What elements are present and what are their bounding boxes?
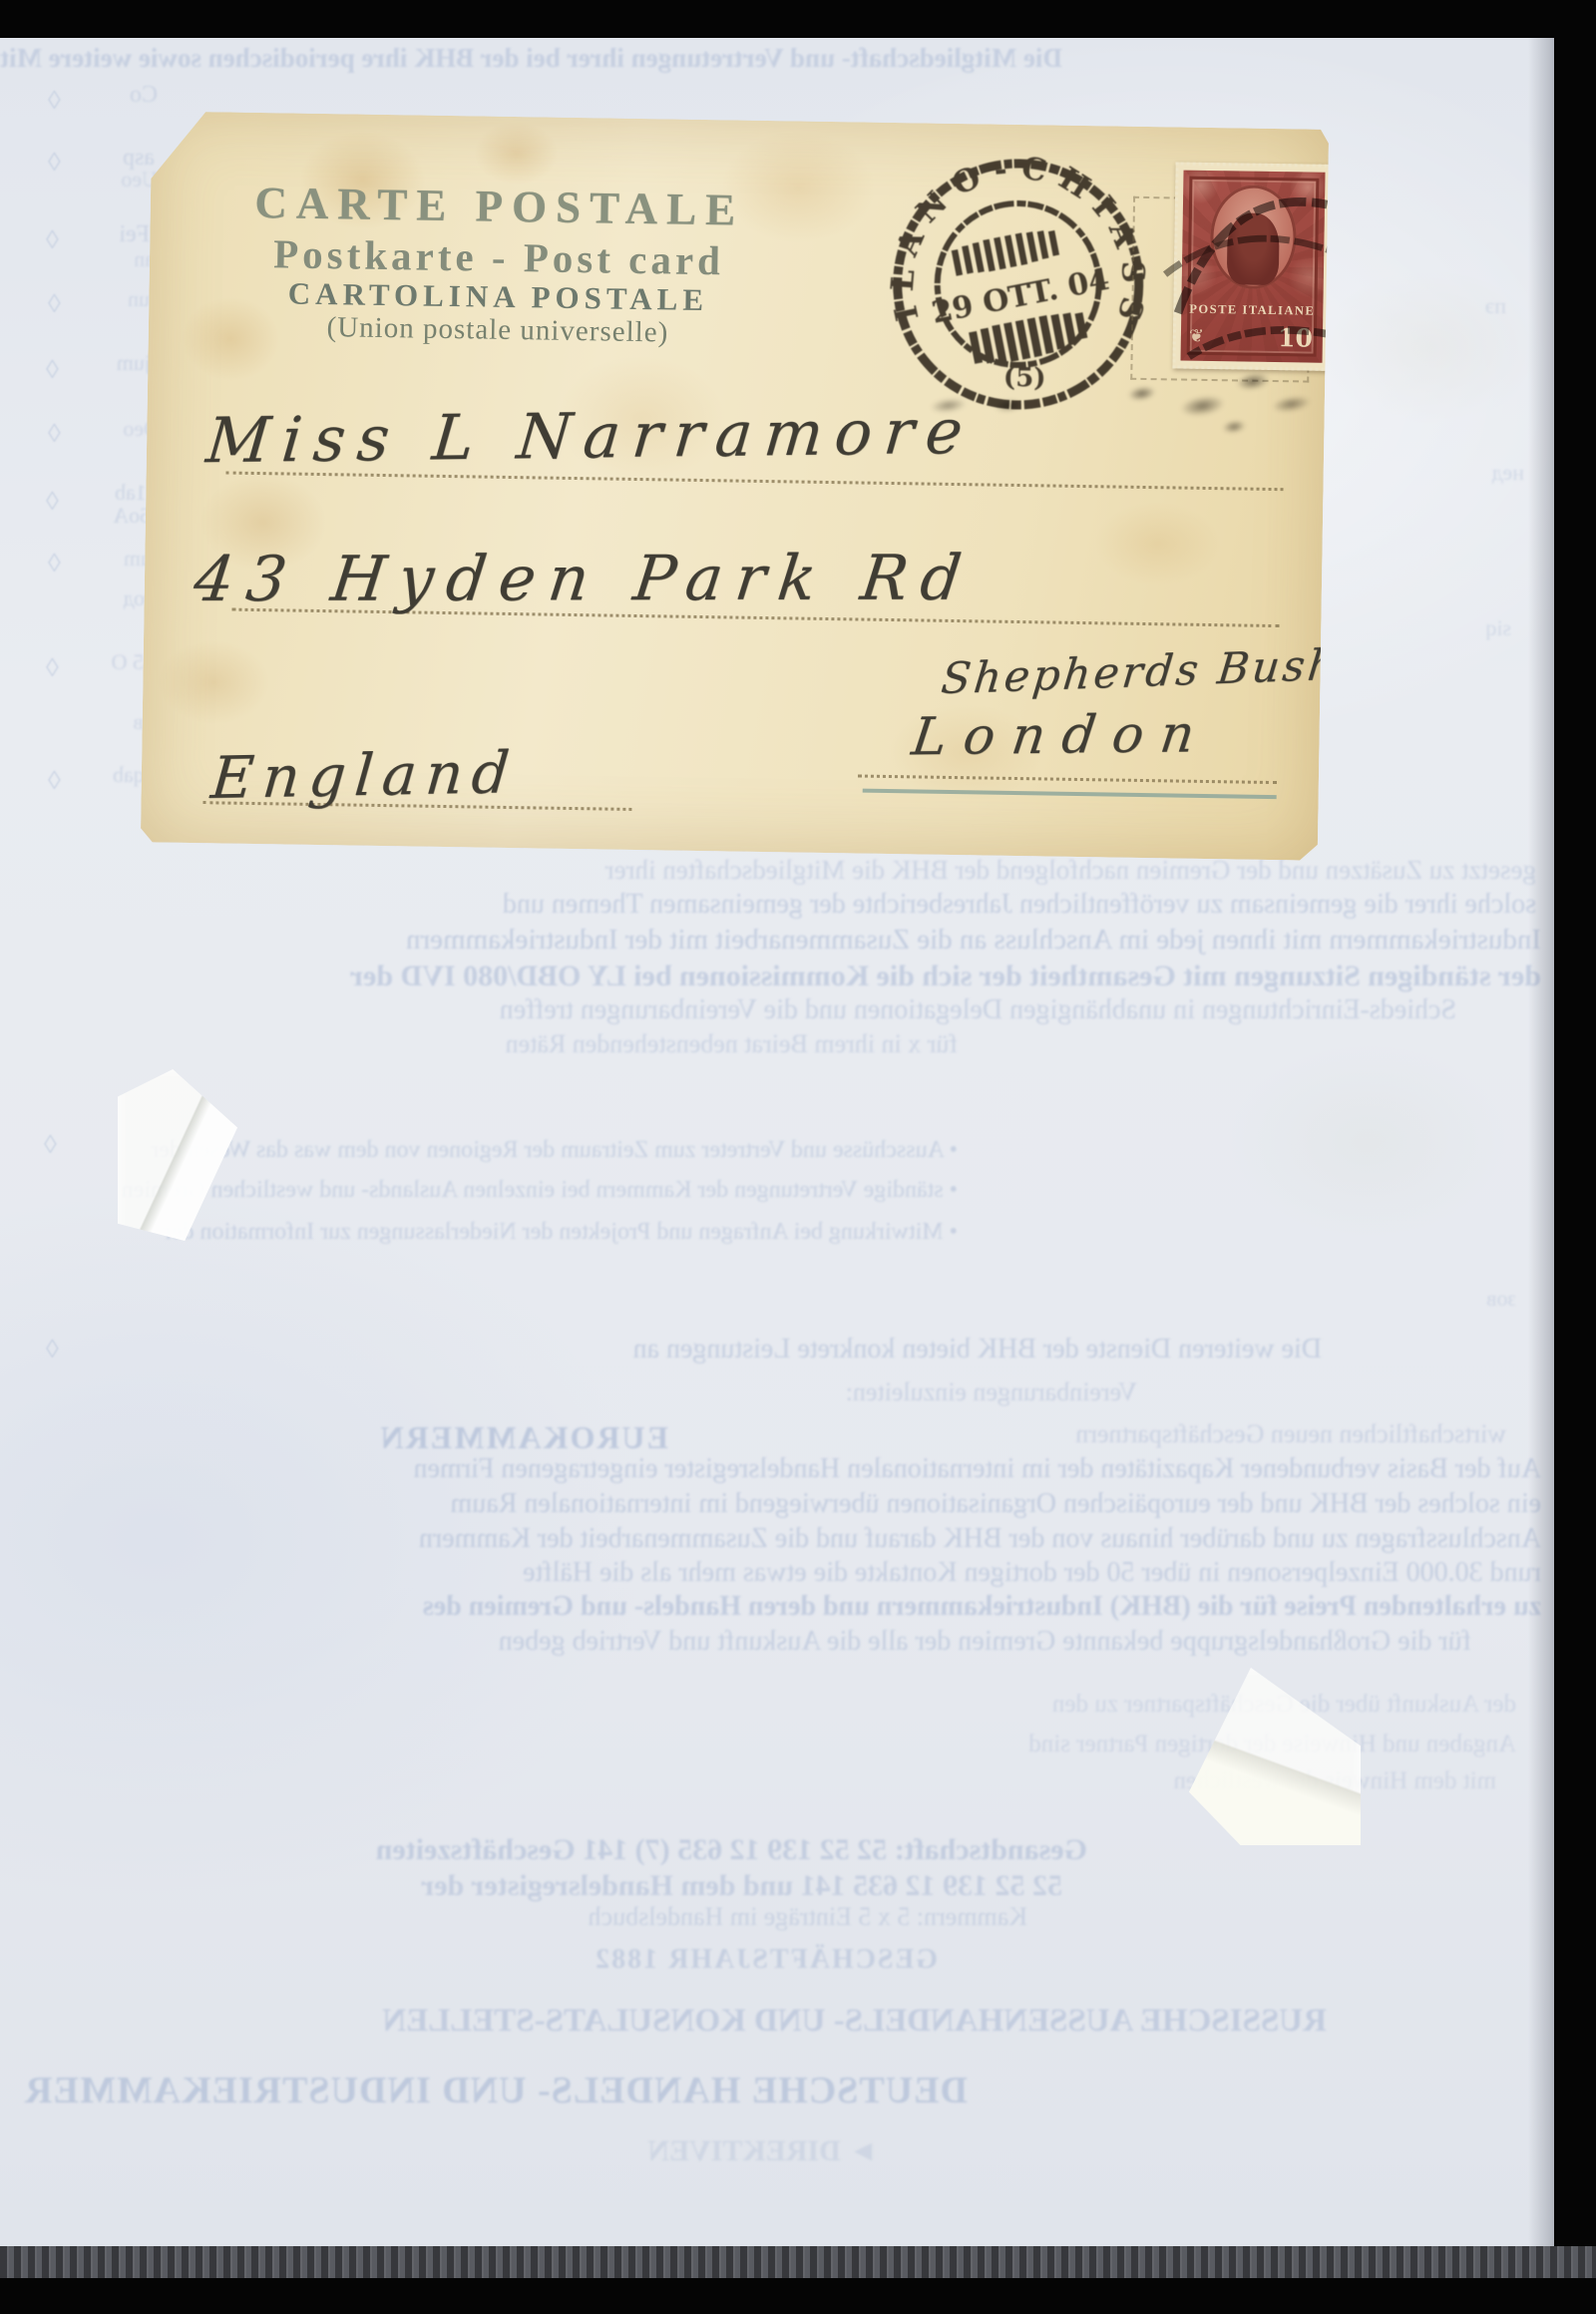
bleed-through-text: Die weiteren Dienste der BHK bieten konk… <box>145 1335 1322 1365</box>
postcard: CARTE POSTALE Postkarte - Post card CART… <box>141 111 1329 860</box>
bleed-through-bullet-diamond: ◊ <box>46 487 59 517</box>
photo-corner-mount-right <box>1189 1668 1361 1845</box>
postcard-title-french: CARTE POSTALE <box>191 176 810 237</box>
bleed-through-text: ► DIREKTIVEN <box>319 2134 878 2167</box>
bleed-through-text: Schieds-Einrichtungen in unabhängigen De… <box>120 995 1456 1026</box>
bleed-through-text: um <box>92 547 152 571</box>
bleed-through-text: Gesandtschaft: 52 52 139 12 635 (7) 141 … <box>150 1833 1087 1866</box>
bleed-through-text: DEUTSCHE HANDELS- UND INDUSTRIEKAMMER <box>80 2071 968 2113</box>
bleed-through-bullet-diamond: ◊ <box>44 1130 57 1160</box>
bleed-through-text: нед <box>1444 461 1524 485</box>
photo-corner-mount-left <box>118 1069 237 1241</box>
bleed-through-text: für die Großhandelsgruppe bekannte Gremi… <box>95 1627 1471 1658</box>
bleed-through-text: siq <box>1441 616 1511 640</box>
book-edge-strip <box>0 2246 1596 2278</box>
bleed-through-text: wirtschaftlichen neuen Geschäftspartnern <box>848 1420 1506 1449</box>
scanned-album-page: Die Mitgliedschaft- und Vertretungen ihr… <box>0 0 1596 2314</box>
bleed-through-bullet-diamond: ◊ <box>46 355 59 385</box>
bleed-through-text: solche ihrer die gemeinsam zu veröffentl… <box>130 890 1536 921</box>
bleed-through-text: asp <box>75 145 155 171</box>
bleed-through-bullet-diamond: ◊ <box>48 289 61 319</box>
bleed-through-text: mit dem Hinweis der westlichen <box>878 1767 1496 1795</box>
handwritten-district: Shepherds Bush <box>939 640 1341 705</box>
bleed-through-text: Vereinbarungen einzuleiten: <box>618 1378 1137 1407</box>
bleed-through-text: Die Mitgliedschaft- und Vertretungen ihr… <box>55 44 1062 74</box>
bleed-through-text: EUROKAMMERN <box>249 1420 668 1455</box>
bleed-through-bullet-diamond: ◊ <box>48 148 61 178</box>
bleed-through-bullet-diamond: ◊ <box>46 1335 59 1364</box>
bleed-through-text: RUSSISCHE AUSSENHANDELS- UND KONSULATS-S… <box>329 2003 1327 2039</box>
bleed-through-text: зов <box>1436 1287 1516 1311</box>
bleed-through-bullet-diamond: ◊ <box>48 419 61 449</box>
bleed-through-text: der ständigen Sitzungen mit Gesamtheit d… <box>55 960 1541 992</box>
bleed-through-text: für x in ihrem Beirat nebenstehenden Rät… <box>140 1030 958 1059</box>
bleed-through-text: Industriekammern mit ihnen jede im Ansch… <box>55 925 1541 957</box>
bleed-through-text: Co <box>88 82 158 108</box>
bleed-through-text: ein solches der BHK und der europäischen… <box>55 1489 1541 1520</box>
bleed-through-text: gesetzt zu Zusätzen und der Gremien nach… <box>299 856 1536 886</box>
handwritten-addressee: Miss L Narramore <box>203 395 978 477</box>
bleed-through-bullet-diamond: ◊ <box>46 225 59 255</box>
bleed-through-text: zu erhaltenden Preise für die (BHK) Indu… <box>55 1592 1541 1623</box>
address-rule-solid <box>863 789 1277 800</box>
bleed-through-text: un <box>90 287 150 311</box>
bleed-through-bullet-diamond: ◊ <box>48 86 61 116</box>
bleed-through-text: пэ <box>1436 294 1506 318</box>
bleed-through-bullet-diamond: ◊ <box>48 549 61 578</box>
bleed-through-text: 52 52 139 12 635 141 und dem Handelsregi… <box>185 1869 1062 1902</box>
handwritten-street: 43 Hyden Park Rd <box>191 541 979 614</box>
address-rule-3 <box>858 775 1277 785</box>
bleed-through-bullet-diamond: ◊ <box>48 766 61 796</box>
bleed-through-text: Angaben und Hinweise der dortigen Partne… <box>858 1731 1516 1758</box>
handwritten-country: England <box>208 738 521 812</box>
bleed-through-text: Kammern: 5 x 5 Einträge im Handelsbuch <box>229 1903 1027 1932</box>
bleed-through-text: Ueo <box>78 168 158 192</box>
handwritten-city: London <box>909 704 1215 767</box>
bleed-through-text: der Auskunft über die Geschäftspartner z… <box>858 1691 1516 1719</box>
bleed-through-text: Anschlussfragen zu und darüber hinaus vo… <box>55 1524 1541 1555</box>
bleed-through-text: GESCHÄFTSJAHR 1882 <box>299 1945 938 1976</box>
bleed-through-text: an <box>95 247 155 271</box>
album-page: Die Mitgliedschaft- und Vertretungen ihr… <box>0 38 1554 2246</box>
bleed-through-text: rund 30.000 Einzelpersonen in über 50 de… <box>55 1558 1541 1589</box>
bleed-through-text: • Mitwirkung bei Anfragen und Projekten … <box>60 1219 958 1245</box>
bleed-through-text: Auf der Basis verbundener Kapazitäten de… <box>55 1454 1541 1485</box>
bleed-through-text: Fei <box>80 221 150 247</box>
bleed-through-bullet-diamond: ◊ <box>46 653 59 683</box>
